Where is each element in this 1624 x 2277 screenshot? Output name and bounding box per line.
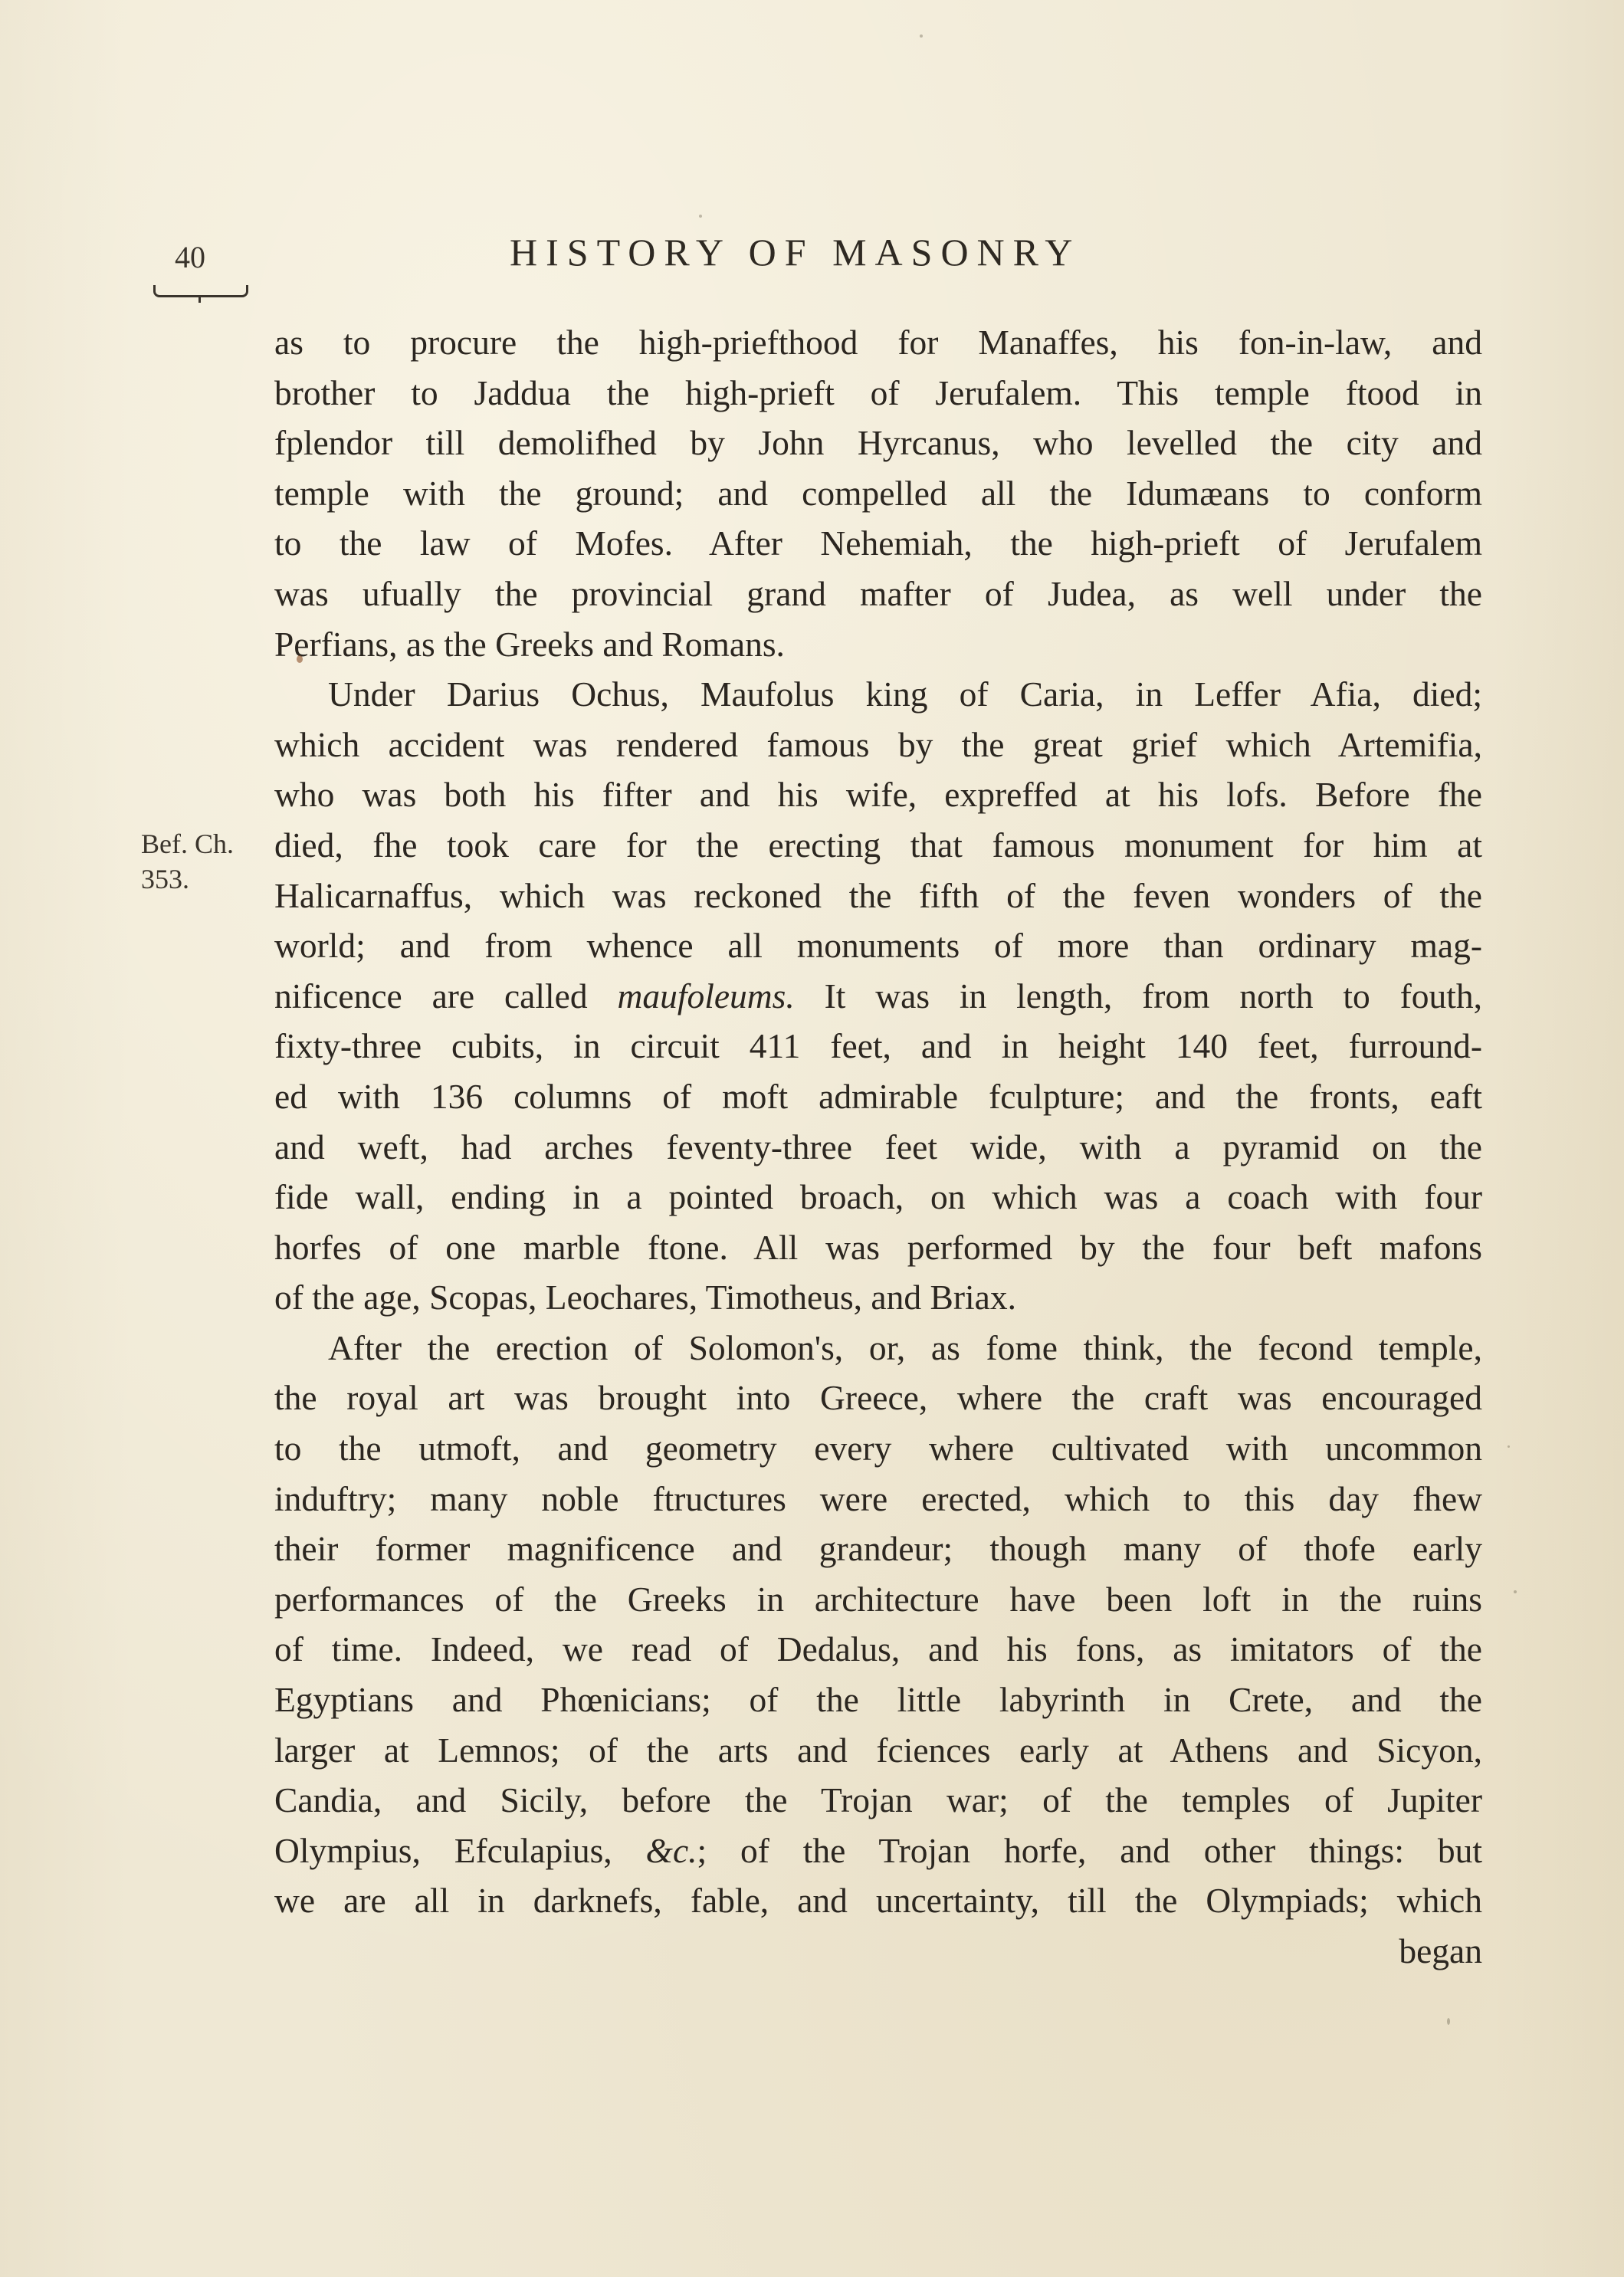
- text-line: fixty-three cubits, in circuit 411 feet,…: [274, 1021, 1482, 1071]
- paper-speck: [1514, 1590, 1517, 1593]
- text-line: Candia, and Sicily, before the Trojan wa…: [274, 1775, 1482, 1826]
- paragraph-end-line: of the age, Scopas, Leochares, Timotheus…: [274, 1272, 1482, 1323]
- text-line: who was both his fifter and his wife, ex…: [274, 769, 1482, 820]
- text-line: the royal art was brought into Greece, w…: [274, 1373, 1482, 1423]
- book-page: 40 HISTORY OF MASONRY Bef. Ch. 353. as t…: [0, 0, 1624, 2277]
- page-number: 40: [175, 239, 205, 275]
- text-line: performances of the Greeks in architectu…: [274, 1574, 1482, 1625]
- text-line: Olympius, Efculapius, &c.; of the Trojan…: [274, 1826, 1482, 1876]
- text-line: as to procure the high-priefthood for Ma…: [274, 317, 1482, 368]
- text-line: induftry; many noble ftructures were ere…: [274, 1474, 1482, 1524]
- paper-speck: [699, 215, 702, 218]
- running-head: HISTORY OF MASONRY: [510, 230, 1081, 274]
- text-line: of time. Indeed, we read of Dedalus, and…: [274, 1624, 1482, 1675]
- text-line: world; and from whence all monuments of …: [274, 920, 1482, 971]
- paragraph-start-line: Under Darius Ochus, Maufolus king of Car…: [274, 669, 1482, 720]
- text-line: we are all in darknefs, fable, and uncer…: [274, 1875, 1482, 1926]
- text-run: nificence are called: [274, 976, 617, 1015]
- paper-speck: [1447, 2018, 1450, 2025]
- italic-term-mausoleums: maufoleums.: [617, 976, 794, 1015]
- paragraph-end-line: Perfians, as the Greeks and Romans.: [274, 619, 1482, 670]
- margin-note-label: Bef. Ch.: [141, 826, 234, 861]
- paper-speck: [1508, 1445, 1510, 1448]
- margin-note-year: 353.: [141, 861, 234, 897]
- text-line: brother to Jaddua the high-prieft of Jer…: [274, 368, 1482, 418]
- text-line: and weft, had arches feventy-three feet …: [274, 1122, 1482, 1173]
- page-number-brace-ornament: [153, 285, 248, 297]
- text-line: Egyptians and Phœnicians; of the little …: [274, 1675, 1482, 1725]
- paper-speck: [297, 655, 303, 663]
- text-line: was ufually the provincial grand mafter …: [274, 569, 1482, 619]
- paper-speck: [920, 34, 923, 38]
- text-line: which accident was rendered famous by th…: [274, 720, 1482, 770]
- text-run: Olympius, Efculapius,: [274, 1831, 646, 1870]
- text-line: horfes of one marble ftone. All was perf…: [274, 1222, 1482, 1273]
- text-line: to the law of Mofes. After Nehemiah, the…: [274, 518, 1482, 569]
- text-line: Halicarnaffus, which was reckoned the fi…: [274, 871, 1482, 921]
- margin-note-date: Bef. Ch. 353.: [141, 826, 234, 897]
- text-line: fplendor till demolifhed by John Hyrcanu…: [274, 418, 1482, 468]
- text-line: to the utmoft, and geometry every where …: [274, 1423, 1482, 1474]
- text-line: died, fhe took care for the erecting tha…: [274, 820, 1482, 871]
- italic-term-etc: &c.: [646, 1831, 697, 1870]
- text-run: It was in length, from north to fouth,: [795, 976, 1482, 1015]
- body-text: as to procure the high-priefthood for Ma…: [274, 317, 1482, 1977]
- catchword: began: [274, 1926, 1482, 1977]
- text-line: their former magnificence and grandeur; …: [274, 1524, 1482, 1574]
- text-line: nificence are called maufoleums. It was …: [274, 971, 1482, 1022]
- paragraph-start-line: After the erection of Solomon's, or, as …: [274, 1323, 1482, 1373]
- text-line: larger at Lemnos; of the arts and fcienc…: [274, 1725, 1482, 1776]
- text-run: ; of the Trojan horfe, and other things:…: [697, 1831, 1482, 1870]
- text-line: fide wall, ending in a pointed broach, o…: [274, 1172, 1482, 1222]
- text-line: ed with 136 columns of moft admirable fc…: [274, 1071, 1482, 1122]
- text-line: temple with the ground; and compelled al…: [274, 468, 1482, 519]
